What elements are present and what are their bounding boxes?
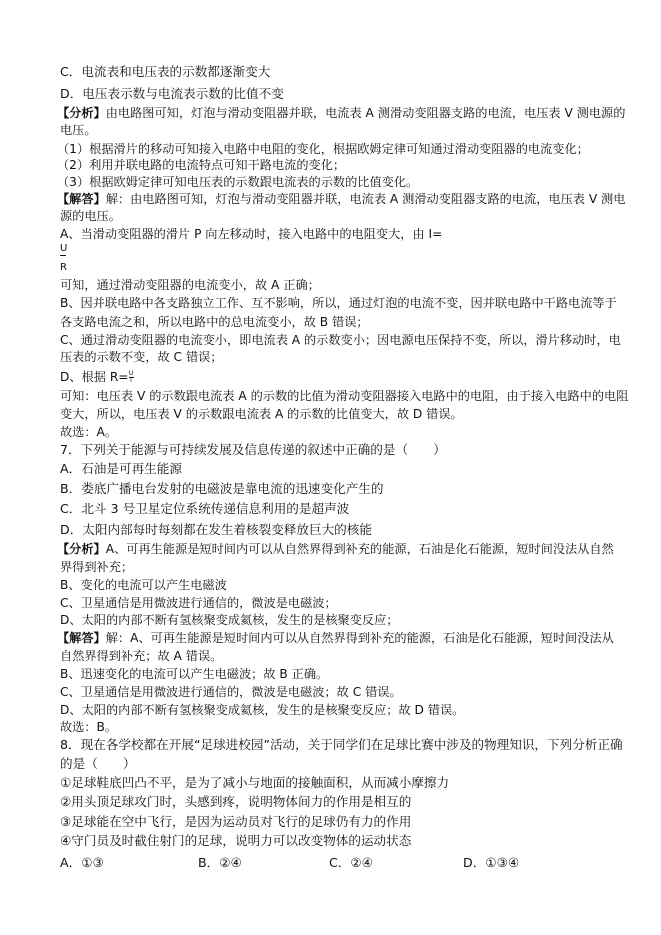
q6-analysis: 【分析】由电路图可知，灯泡与滑动变阻器并联，电流表 A 测滑动变阻器支路的电流，… xyxy=(57,105,625,121)
q7-option-d: D．太阳内部每时每刻都在发生着核裂变释放巨大的核能 xyxy=(60,522,372,538)
q7-answer: 【解答】解：A、可再生能源是短时间内可以从自然界得到补充的能源，石油是化石能源，… xyxy=(57,630,614,646)
q6-explain-c-2: 压表的示数不变，故 C 错误； xyxy=(60,349,223,365)
q7-answer-d: D、太阳的内部不断有氢核聚变成氦核，发生的是核聚变反应；故 D 错误。 xyxy=(60,702,464,718)
q8-item-2: ②用头顶足球攻门时，头感到疼，说明物体间力的作用是相互的 xyxy=(60,794,411,810)
q6-option-c: C．电流表和电压表的示数都逐渐变大 xyxy=(60,64,270,80)
q8-stem-1: 8．现在各学校都在开展“足球进校园”活动，关于同学们在足球比赛中涉及的物理知识，… xyxy=(60,737,623,753)
q8-item-1: ①足球鞋底凹凸不平，是为了减小与地面的接触面积，从而减小摩擦力 xyxy=(60,775,449,791)
q7-final-choice: 故选：B。 xyxy=(60,719,117,735)
q7-option-b: B．娄底广播电台发射的电磁波是靠电流的迅速变化产生的 xyxy=(60,481,383,497)
q6-step-1: （1）根据滑片的移动可知接入电路中电阻的变化，根据欧姆定律可知通过滑动变阻器的电… xyxy=(57,141,589,157)
q6-answer-cont: 源的电压。 xyxy=(60,208,121,224)
q6-explain-d-conclusion-1: 可知：电压表 V 的示数跟电流表 A 的示数的比值为滑动变阻器接入电路中的电阻，… xyxy=(60,388,628,404)
q7-analysis: 【分析】A、可再生能源是短时间内可以从自然界得到补充的能源，石油是化石能源，短时… xyxy=(57,541,614,557)
q6-explain-d: D、根据 R=UI xyxy=(60,369,134,385)
q8-choice-d: D．①③④ xyxy=(463,852,519,871)
q6-answer: 【解答】解：由电路图可知，灯泡与滑动变阻器并联，电流表 A 测滑动变阻器支路的电… xyxy=(57,191,625,207)
answer-text: 解：由电路图可知，灯泡与滑动变阻器并联，电流表 A 测滑动变阻器支路的电流，电压… xyxy=(106,192,626,206)
q8-item-4: ④守门员及时截住射门的足球，说明力可以改变物体的运动状态 xyxy=(60,833,411,849)
q6-explain-b-1: B、因并联电路中各支路独立工作、互不影响，所以，通过灯泡的电流不变，因并联电路中… xyxy=(60,295,617,311)
q7-option-a: A．石油是可再生能源 xyxy=(60,461,182,477)
q6-step-2: （2）利用并联电路的电流特点可知干路电流的变化； xyxy=(57,157,345,173)
fraction-denominator: R xyxy=(60,260,67,276)
q6-final-choice: 故选：A。 xyxy=(60,424,117,440)
q7-answer-c: C、卫星通信是用微波进行通信的，微波是电磁波；故 C 错误。 xyxy=(60,684,402,700)
q8-item-3: ③足球能在空中飞行，是因为运动员对飞行的足球仍有力的作用 xyxy=(60,814,411,830)
q6-explain-c-1: C、通过滑动变阻器的电流变小，即电流表 A 的示数变小；因电源电压保持不变，所以… xyxy=(60,332,621,348)
q7-analysis-a-cont: 界得到补充； xyxy=(60,559,133,575)
q6-analysis-cont: 电压。 xyxy=(60,122,97,138)
q7-option-c: C．北斗 3 号卫星定位系统传递信息利用的是超声波 xyxy=(60,501,349,517)
q6-explain-a: A、当滑动变阻器的滑片 P 向左移动时，接入电路中的电阻变大，由 I= xyxy=(60,226,442,242)
q6-explain-d-conclusion-2: 变大，所以，电压表 V 的示数跟电流表 A 的示数的比值变大，故 D 错误。 xyxy=(60,406,463,422)
small-fraction: UI xyxy=(129,371,134,384)
q8-choice-a: A．①③ xyxy=(60,852,104,871)
q7-analysis-c: C、卫星通信是用微波进行通信的，微波是电磁波； xyxy=(60,595,337,611)
q8-choice-c: C．②④ xyxy=(329,852,373,871)
analysis-text: 由电路图可知，灯泡与滑动变阻器并联，电流表 A 测滑动变阻器支路的电流，电压表 … xyxy=(106,106,626,120)
answer-tag: 【解答】 xyxy=(57,192,106,206)
analysis-tag: 【分析】 xyxy=(57,106,106,120)
q6-step-3: （3）根据欧姆定律可知电压表的示数跟电流表的示数的比值变化。 xyxy=(57,174,418,190)
explain-d-text: D、根据 R= xyxy=(60,370,129,384)
q7-stem: 7．下列关于能源与可持续发展及信息传递的叙述中正确的是（ ） xyxy=(60,442,446,458)
q6-option-d: D．电压表示数与电流表示数的比值不变 xyxy=(60,86,284,102)
answer-text: 解：A、可再生能源是短时间内可以从自然界得到补充的能源，石油是化石能源，短时间没… xyxy=(106,631,614,645)
q7-analysis-b: B、变化的电流可以产生电磁波 xyxy=(60,577,227,593)
q7-analysis-d: D、太阳的内部不断有氢核聚变成氦核，发生的是核聚变反应； xyxy=(60,612,398,628)
answer-tag: 【解答】 xyxy=(57,631,106,645)
q8-stem-2: 的是（ ） xyxy=(60,756,136,772)
q7-answer-b: B、迅速变化的电流可以产生电磁波；故 B 正确。 xyxy=(60,666,328,682)
fraction-bar xyxy=(60,255,66,256)
q6-explain-a-conclusion: 可知，通过滑动变阻器的电流变小，故 A 正确； xyxy=(60,277,320,293)
q8-choices: A．①③ B．②④ C．②④ D．①③④ xyxy=(60,852,580,868)
analysis-text: A、可再生能源是短时间内可以从自然界得到补充的能源，石油是化石能源，短时间没法从… xyxy=(106,542,614,556)
q8-choice-b: B．②④ xyxy=(198,852,242,871)
small-fraction-denominator: I xyxy=(129,378,134,384)
q6-explain-b-2: 各支路电流之和，所以电路中的总电流变小，故 B 错误； xyxy=(60,314,369,330)
analysis-tag: 【分析】 xyxy=(57,542,106,556)
q7-answer-a-cont: 自然界得到补充；故 A 错误。 xyxy=(60,648,222,664)
